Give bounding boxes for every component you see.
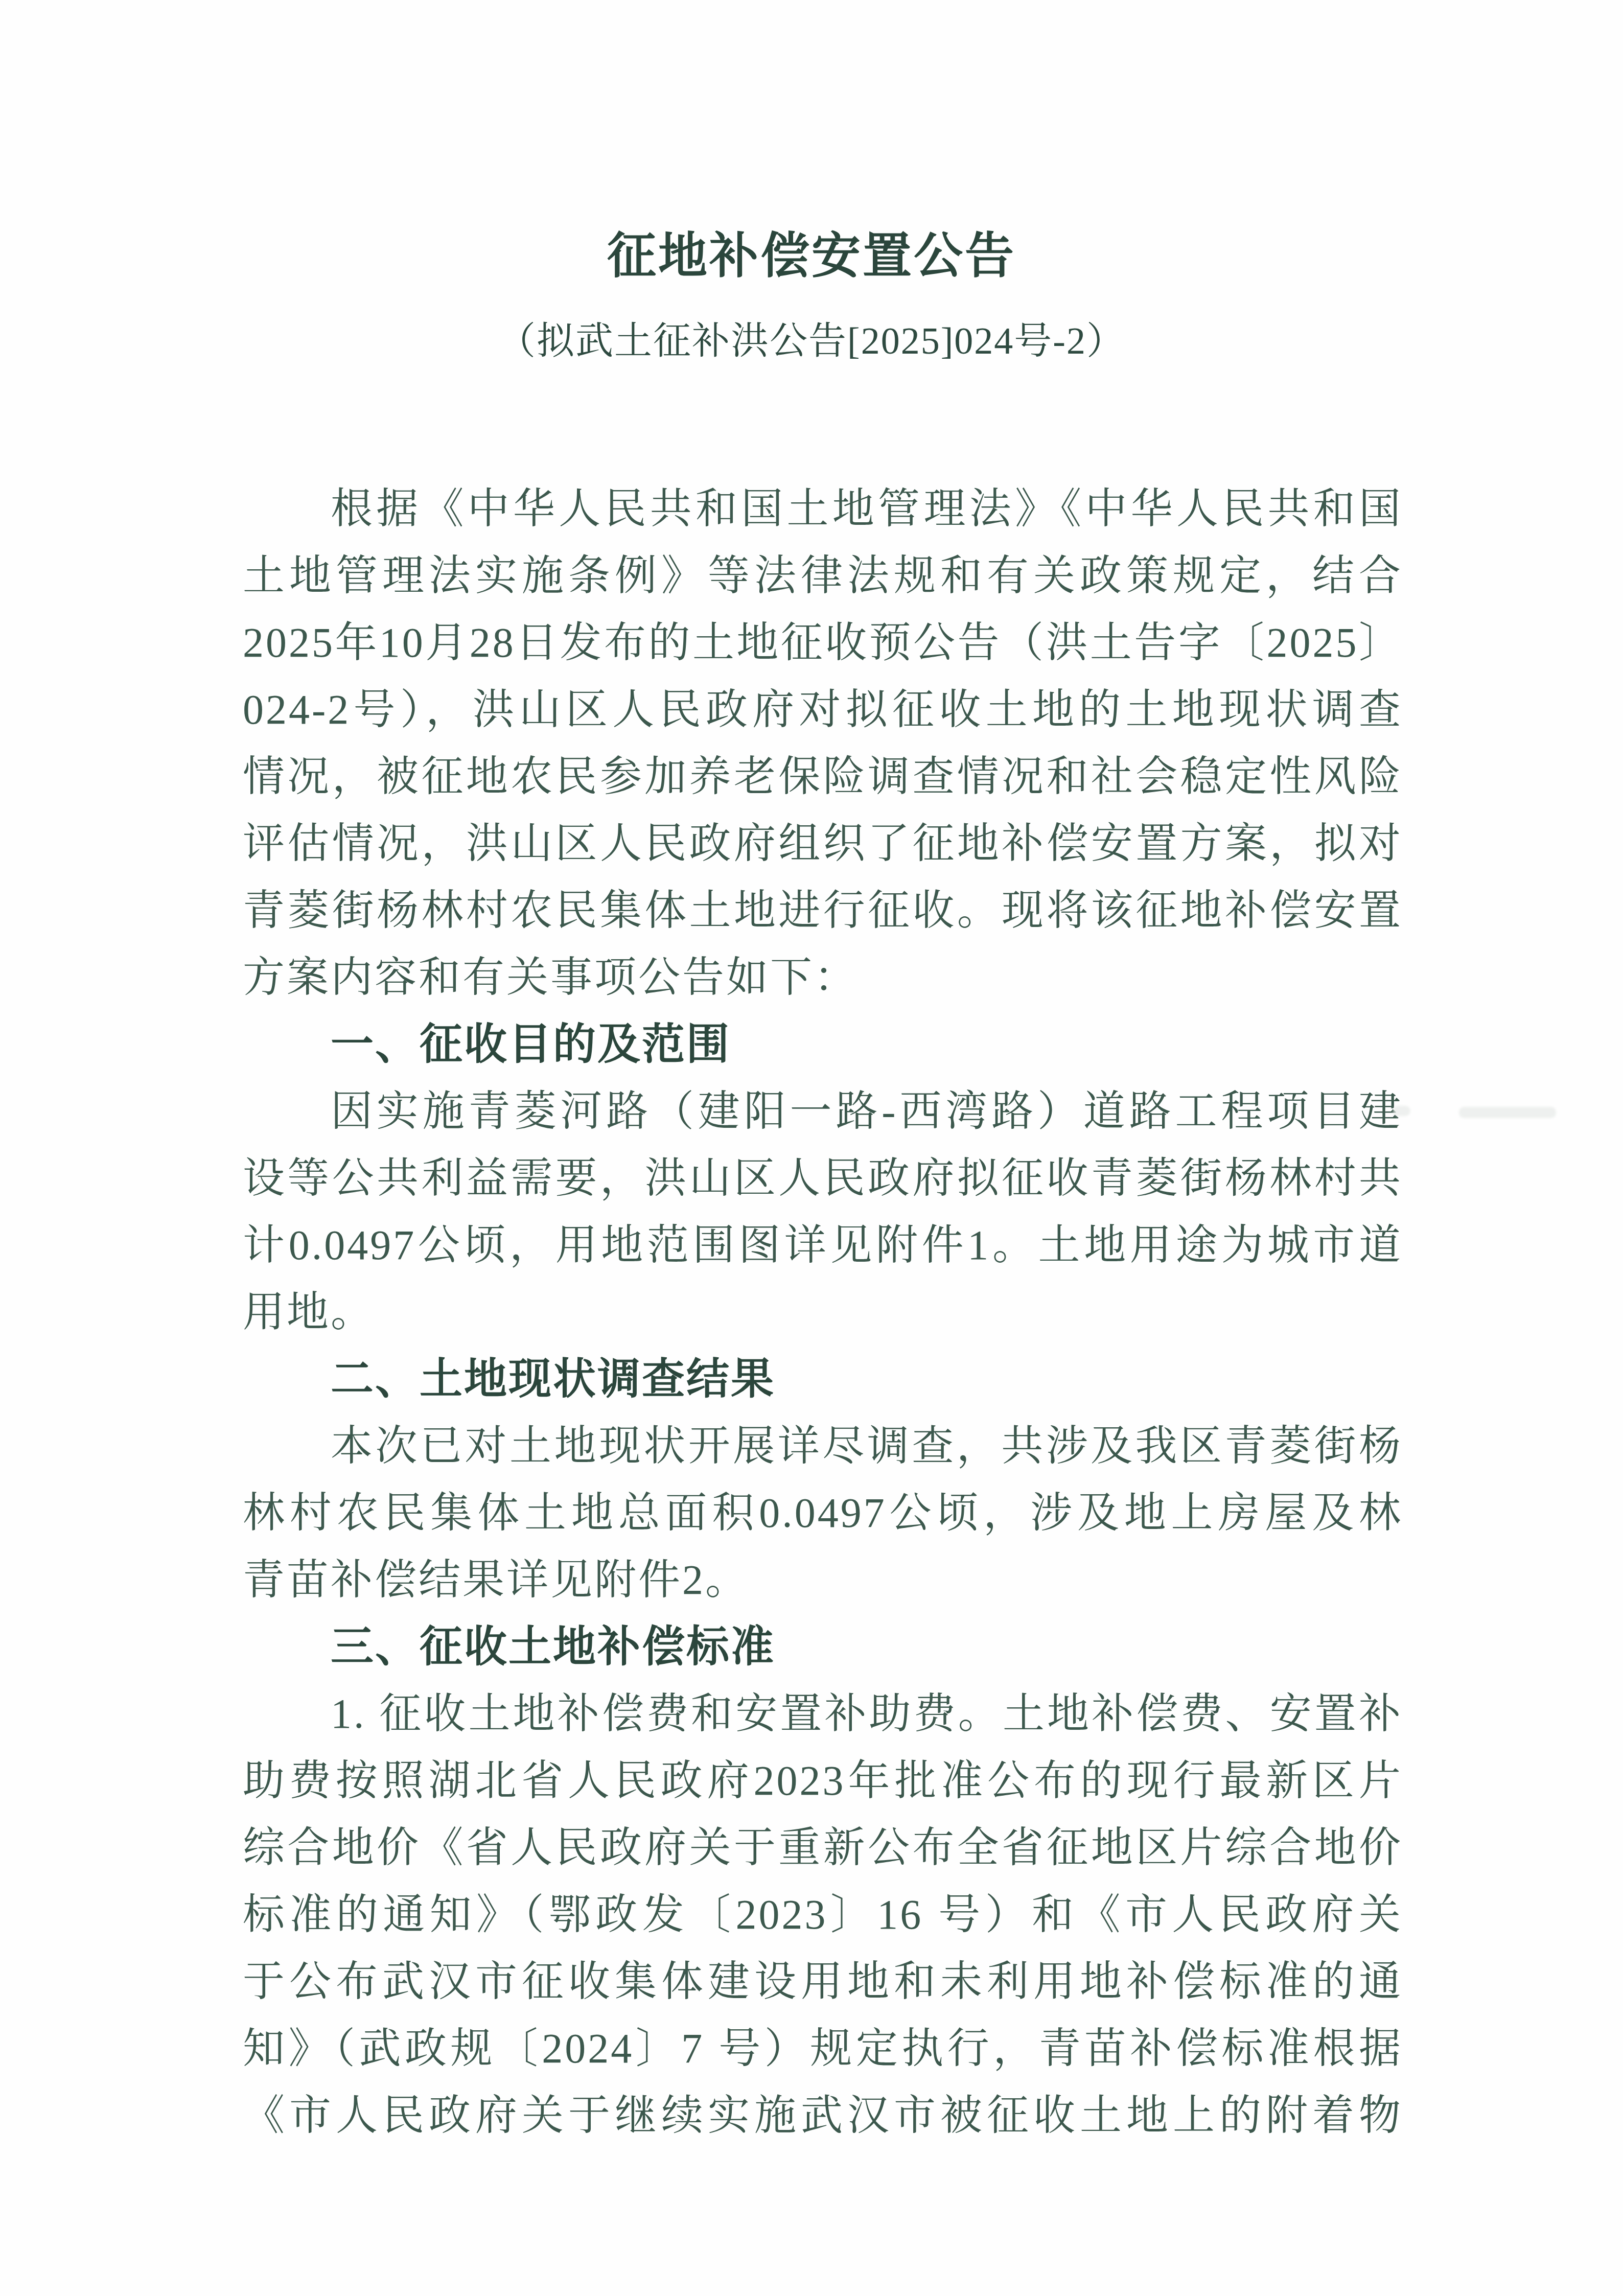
text-line: 评估情况，洪山区人民政府组织了征地补偿安置方案，拟对 [243, 810, 1403, 877]
text-line: 1. 征收土地补偿费和安置补助费。土地补偿费、安置补 [243, 1680, 1403, 1747]
text-line: 标准的通知》（鄂政发〔2023〕16 号）和《市人民政府关 [243, 1881, 1403, 1948]
text-line: 《市人民政府关于继续实施武汉市被征收土地上的附着物 [243, 2082, 1403, 2149]
text-line: 024-2号），洪山区人民政府对拟征收土地的土地现状调查 [243, 676, 1403, 743]
text-line: 综合地价《省人民政府关于重新公布全省征地区片综合地价 [243, 1814, 1403, 1881]
text-line: 根据《中华人民共和国土地管理法》《中华人民共和国 [243, 475, 1403, 542]
document-body: 根据《中华人民共和国土地管理法》《中华人民共和国 土地管理法实施条例》等法律法规… [243, 475, 1403, 2149]
document-page: 征地补偿安置公告 （拟武土征补洪公告[2025]024号-2） 根据《中华人民共… [0, 0, 1623, 2296]
scan-smudge-artifact-right [1459, 1107, 1556, 1118]
text-line: 青苗补偿结果详见附件2。 [243, 1546, 1403, 1613]
text-line: 方案内容和有关事项公告如下： [243, 944, 1403, 1011]
document-subtitle: （拟武土征补洪公告[2025]024号-2） [0, 320, 1623, 363]
text-line: 知》（武政规〔2024〕7 号）规定执行，青苗补偿标准根据 [243, 2015, 1403, 2082]
text-line: 计0.0497公顷，用地范围图详见附件1。土地用途为城市道路 [243, 1212, 1403, 1279]
text-line: 2025年10月28日发布的土地征收预公告（洪土告字〔2025〕 [243, 609, 1403, 676]
text-line: 助费按照湖北省人民政府2023年批准公布的现行最新区片 [243, 1747, 1403, 1814]
document-title: 征地补偿安置公告 [0, 229, 1623, 283]
text-line: 土地管理法实施条例》等法律法规和有关政策规定，结合 [243, 542, 1403, 609]
text-line: 于公布武汉市征收集体建设用地和未利用地补偿标准的通 [243, 1948, 1403, 2015]
section-heading-2: 二、土地现状调查结果 [243, 1346, 1403, 1412]
scan-smudge-artifact-left [1393, 1106, 1410, 1116]
text-line: 因实施青菱河路（建阳一路-西湾路）道路工程项目建 [243, 1078, 1403, 1145]
text-line: 本次已对土地现状开展详尽调查，共涉及我区青菱街杨 [243, 1412, 1403, 1479]
text-line: 情况，被征地农民参加养老保险调查情况和社会稳定性风险 [243, 743, 1403, 810]
text-line: 用地。 [243, 1279, 1403, 1346]
text-line: 设等公共利益需要，洪山区人民政府拟征收青菱街杨林村共 [243, 1145, 1403, 1212]
section-heading-1: 一、征收目的及范围 [243, 1011, 1403, 1078]
text-line: 林村农民集体土地总面积0.0497公顷，涉及地上房屋及林木、 [243, 1479, 1403, 1546]
section-heading-3: 三、征收土地补偿标准 [243, 1613, 1403, 1680]
text-line: 青菱街杨林村农民集体土地进行征收。现将该征地补偿安置 [243, 877, 1403, 944]
